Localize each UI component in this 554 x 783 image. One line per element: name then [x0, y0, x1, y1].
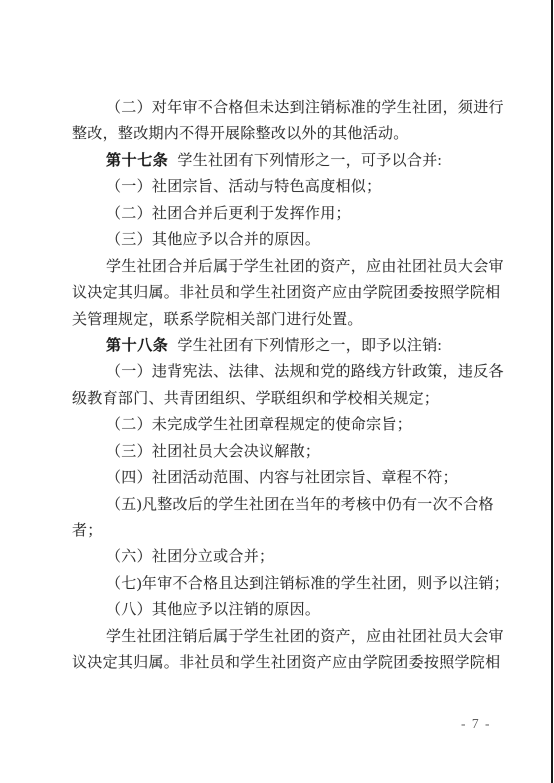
document-line: （六）社团分立或合并； — [72, 544, 524, 570]
document-line: （一）社团宗旨、活动与特色高度相似； — [72, 174, 524, 200]
article-18-text: 学生社团有下列情形之一，即予以注销: — [177, 338, 442, 354]
document-line: 者； — [72, 518, 524, 544]
document-line: 级教育部门、共青团组织、学联组织和学校相关规定； — [72, 386, 524, 412]
article-17-heading: 第十七条 — [106, 153, 168, 169]
document-line: （八）其他应予以注销的原因。 — [72, 597, 524, 623]
document-line: （一）违背宪法、法律、法规和党的路线方针政策，违反各 — [72, 359, 524, 385]
document-line: 整改，整改期内不得开展除整改以外的其他活动。 — [72, 121, 524, 147]
scan-right-border — [551, 0, 553, 783]
article-17-text: 学生社团有下列情形之一，可予以合并: — [177, 153, 442, 169]
document-line: （四）社团活动范围、内容与社团宗旨、章程不符； — [72, 465, 524, 491]
document-line: 第十七条学生社团有下列情形之一，可予以合并: — [72, 148, 524, 174]
document-line: （五)凡整改后的学生社团在当年的考核中仍有一次不合格 — [72, 492, 524, 518]
document-line: 议决定其归属。非社员和学生社团资产应由学院团委按照学院相 — [72, 280, 524, 306]
document-line: （三）社团社员大会决议解散； — [72, 439, 524, 465]
document-line: （二）未完成学生社团章程规定的使命宗旨； — [72, 412, 524, 438]
document-line: （二）对年审不合格但未达到注销标准的学生社团，须进行 — [72, 95, 524, 121]
text-column: （二）对年审不合格但未达到注销标准的学生社团，须进行 整改，整改期内不得开展除整… — [72, 95, 524, 677]
page-number: - 7 - — [444, 716, 508, 736]
article-18-heading: 第十八条 — [106, 338, 168, 354]
document-line: 关管理规定，联系学院相关部门进行处置。 — [72, 307, 524, 333]
document-page: （二）对年审不合格但未达到注销标准的学生社团，须进行 整改，整改期内不得开展除整… — [0, 0, 554, 783]
document-line: 议决定其归属。非社员和学生社团资产应由学院团委按照学院相 — [72, 650, 524, 676]
document-line: 学生社团注销后属于学生社团的资产，应由社团社员大会审 — [72, 624, 524, 650]
document-line: （二）社团合并后更利于发挥作用； — [72, 201, 524, 227]
document-line: （三）其他应予以合并的原因。 — [72, 227, 524, 253]
document-line: （七)年审不合格且达到注销标准的学生社团，则予以注销； — [72, 571, 524, 597]
document-line: 学生社团合并后属于学生社团的资产，应由社团社员大会审 — [72, 254, 524, 280]
document-line: 第十八条学生社团有下列情形之一，即予以注销: — [72, 333, 524, 359]
